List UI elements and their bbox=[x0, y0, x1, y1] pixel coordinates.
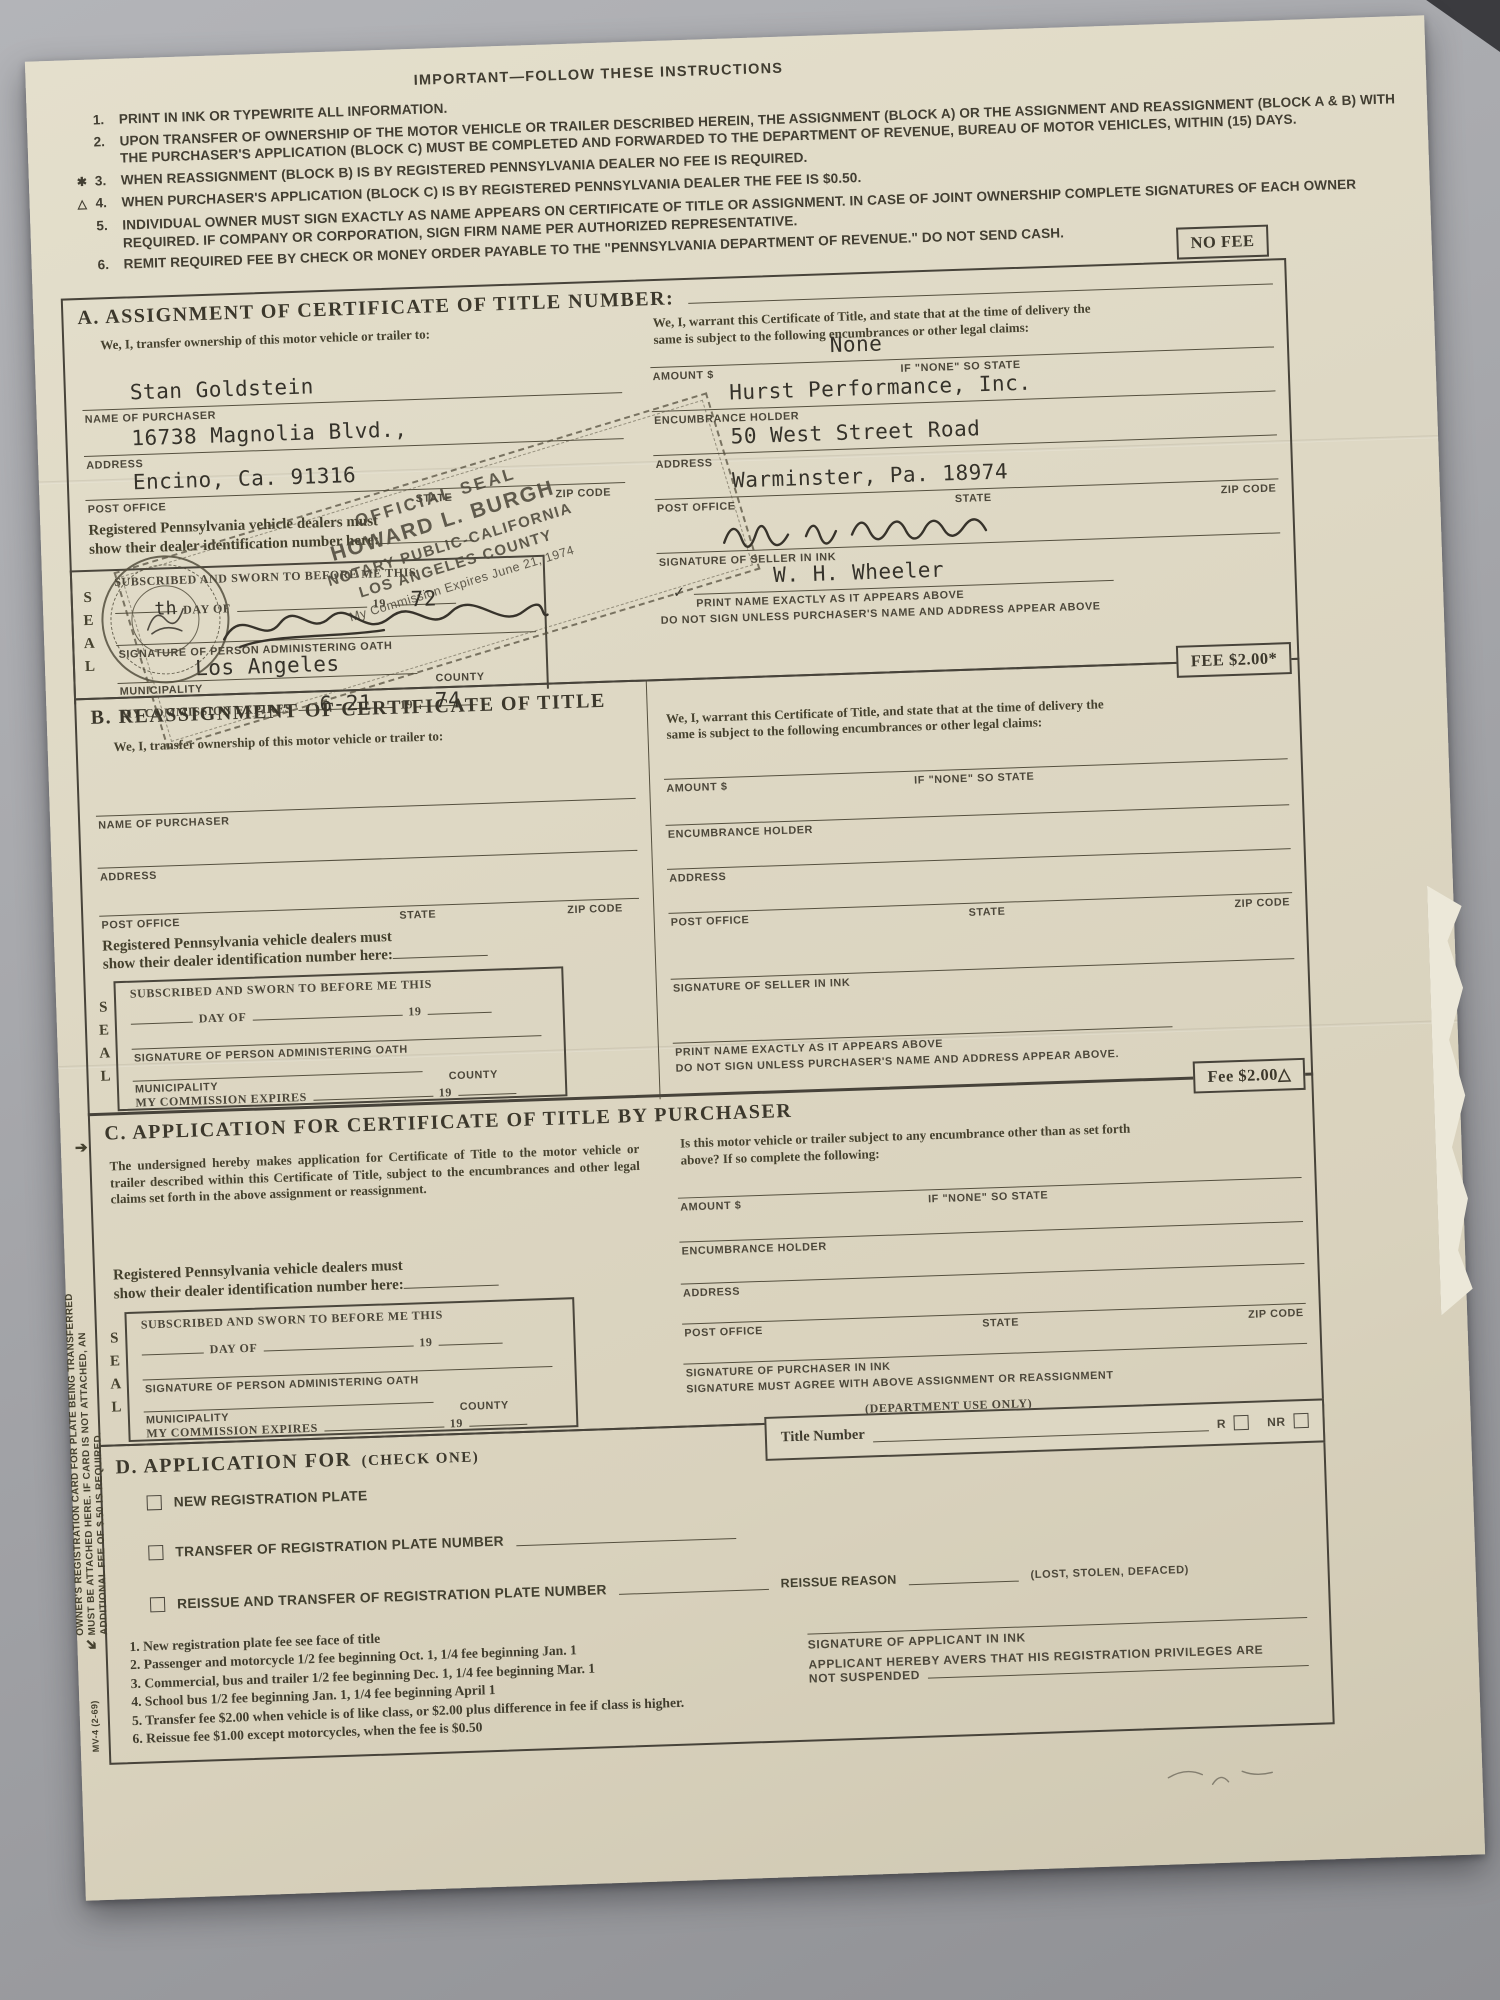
day-field-b bbox=[130, 1010, 192, 1024]
encumbrance-holder-label-c: ENCUMBRANCE HOLDER bbox=[682, 1241, 827, 1258]
reissue-checkbox bbox=[150, 1597, 165, 1612]
purchaser-name-field-b bbox=[96, 797, 636, 816]
applicant-signature-block: SIGNATURE OF APPLICANT IN INK APPLICANT … bbox=[807, 1617, 1308, 1686]
transfer-plate-number-field bbox=[516, 1527, 736, 1546]
day-of-row-b: DAY OF 19 bbox=[130, 998, 550, 1028]
encumbrance-holder-label-b: ENCUMBRANCE HOLDER bbox=[668, 824, 813, 841]
section-b-right: We, I, warrant this Certificate of Title… bbox=[662, 690, 1290, 711]
zip-code-label-b: ZIP CODE bbox=[567, 902, 623, 916]
enc-state-label-c: STATE bbox=[982, 1317, 1019, 1330]
purchaser-name-value: Stan Goldstein bbox=[130, 374, 315, 404]
notary-signature bbox=[213, 585, 555, 656]
form-body: A. ASSIGNMENT OF CERTIFICATE OF TITLE NU… bbox=[61, 258, 1335, 1765]
section-d-title: D. APPLICATION FOR bbox=[115, 1448, 352, 1479]
enc-address-field-c bbox=[681, 1263, 1305, 1285]
reissue-plate-number-field bbox=[619, 1578, 769, 1595]
month-field-b bbox=[252, 1003, 402, 1020]
amount-label-b: AMOUNT $ bbox=[666, 780, 728, 794]
instruction-number: 6. bbox=[97, 256, 124, 274]
subscribed-label-c: SUBSCRIBED AND SWORN TO BEFORE ME THIS bbox=[141, 1308, 444, 1333]
instruction-number: 5. bbox=[96, 217, 123, 253]
new-plate-checkbox bbox=[146, 1495, 161, 1510]
seller-signature-label-b: SIGNATURE OF SELLER IN INK bbox=[673, 976, 851, 994]
enc-address-label-b: ADDRESS bbox=[669, 871, 726, 885]
section-d-title-suffix: (CHECK ONE) bbox=[361, 1449, 479, 1470]
avers-line-2: NOT SUSPENDED bbox=[809, 1668, 921, 1686]
sidebar-arrow-down-icon: ➔ bbox=[81, 1634, 102, 1656]
title-number-label: Title Number bbox=[781, 1427, 865, 1447]
dealer-note-b: Registered Pennsylvania vehicle dealers … bbox=[102, 923, 533, 974]
if-none-label-c: IF "NONE" SO STATE bbox=[928, 1190, 1049, 1206]
post-office-field-b bbox=[99, 897, 639, 916]
purchaser-name-label-b: NAME OF PURCHASER bbox=[98, 815, 230, 831]
form-paper: IMPORTANT—FOLLOW THESE INSTRUCTIONS 1. P… bbox=[25, 15, 1485, 1900]
nineteen-label-b2: 19 bbox=[439, 1085, 453, 1100]
fee-notes: 1. New registration plate fee see face o… bbox=[129, 1617, 772, 1749]
notary-box-c: SEAL SUBSCRIBED AND SWORN TO BEFORE ME T… bbox=[124, 1297, 578, 1442]
instruction-number: 4. bbox=[95, 194, 122, 213]
section-b: B. REASSIGNMENT OF CERTIFICATE OF TITLE … bbox=[74, 657, 1313, 1115]
amount-value: None bbox=[829, 331, 882, 357]
county-label-b: COUNTY bbox=[449, 1068, 499, 1082]
nineteen-label-b: 19 bbox=[408, 1004, 422, 1019]
instruction-marker: ✱ bbox=[77, 172, 96, 191]
photo-of-title-form: { "colors": { "background": "#a6a7ab", "… bbox=[0, 0, 1500, 2000]
section-c-left: The undersigned hereby makes application… bbox=[107, 1141, 652, 1159]
enc-post-office-label-b: POST OFFICE bbox=[671, 914, 750, 929]
dealer-id-field-b bbox=[393, 944, 488, 959]
day-of-row-c: DAY OF 19 bbox=[141, 1330, 561, 1360]
instruction-number: 3. bbox=[95, 171, 122, 190]
day-of-label-b: DAY OF bbox=[198, 1010, 246, 1027]
encumbrance-question: Is this motor vehicle or trailer subject… bbox=[680, 1121, 1141, 1169]
fee-box-b: Fee $2.00△ bbox=[1193, 1057, 1306, 1093]
pen-smudge bbox=[1162, 1756, 1283, 1800]
title-number-field bbox=[688, 268, 1273, 303]
seller-signature-field-b bbox=[671, 958, 1295, 980]
seal-vertical-label: SEAL bbox=[78, 590, 98, 683]
nineteen-label-c: 19 bbox=[419, 1335, 433, 1350]
sidebar-arrow-icon: ➔ bbox=[75, 1138, 88, 1156]
enc-post-office-label-c: POST OFFICE bbox=[684, 1325, 763, 1340]
transfer-intro: We, I, transfer ownership of this motor … bbox=[100, 326, 430, 353]
commission-date-field-b bbox=[313, 1084, 433, 1100]
encumbrance-holder-field-b bbox=[666, 804, 1290, 826]
county-label: COUNTY bbox=[435, 671, 485, 685]
address-label-b: ADDRESS bbox=[100, 869, 157, 883]
commission-date-field-c bbox=[324, 1416, 444, 1432]
title-number-field bbox=[873, 1417, 1210, 1442]
instruction-number: 1. bbox=[93, 111, 120, 129]
section-a-title: A. ASSIGNMENT OF CERTIFICATE OF TITLE NU… bbox=[77, 287, 675, 330]
new-plate-label: NEW REGISTRATION PLATE bbox=[173, 1488, 367, 1509]
municipality-field-c bbox=[144, 1402, 434, 1413]
year-field-c bbox=[438, 1332, 502, 1346]
section-d-header: D. APPLICATION FOR (CHECK ONE) bbox=[115, 1444, 479, 1479]
day-field-c bbox=[141, 1342, 203, 1356]
reissue-reason-label: REISSUE REASON bbox=[780, 1573, 896, 1591]
option-row-2: TRANSFER OF REGISTRATION PLATE NUMBER bbox=[148, 1520, 908, 1560]
transfer-plate-label: TRANSFER OF REGISTRATION PLATE NUMBER bbox=[175, 1533, 504, 1559]
enc-zip-label: ZIP CODE bbox=[1221, 482, 1277, 496]
dealer-id-field-c bbox=[404, 1273, 499, 1288]
nineteen-label-c2: 19 bbox=[450, 1416, 464, 1431]
address-field-b bbox=[98, 849, 638, 868]
enc-zip-label-c: ZIP CODE bbox=[1248, 1307, 1304, 1321]
r-checkbox bbox=[1234, 1415, 1249, 1430]
transfer-plate-checkbox bbox=[148, 1545, 163, 1560]
commission-year-field-c bbox=[469, 1413, 527, 1427]
notary-box-b: SEAL SUBSCRIBED AND SWORN TO BEFORE ME T… bbox=[113, 966, 567, 1111]
seal-vertical-label-c: SEAL bbox=[105, 1330, 125, 1423]
amount-label: AMOUNT $ bbox=[652, 369, 714, 383]
enc-zip-label-b: ZIP CODE bbox=[1234, 896, 1290, 910]
post-office-value: Encino, Ca. 91316 bbox=[132, 463, 356, 494]
print-name-value: W. H. Wheeler bbox=[773, 558, 945, 588]
option-row-3: REISSUE AND TRANSFER OF REGISTRATION PLA… bbox=[150, 1559, 1310, 1612]
reissue-note: (LOST, STOLEN, DEFACED) bbox=[1030, 1564, 1189, 1581]
fee-box-a: FEE $2.00* bbox=[1176, 642, 1292, 678]
enc-address-label-c: ADDRESS bbox=[683, 1286, 740, 1300]
amount-label-c: AMOUNT $ bbox=[680, 1200, 742, 1214]
instruction-marker bbox=[78, 217, 97, 253]
section-a: A. ASSIGNMENT OF CERTIFICATE OF TITLE NU… bbox=[61, 258, 1300, 700]
torn-edge bbox=[1427, 885, 1475, 1316]
instruction-marker bbox=[79, 257, 98, 275]
instruction-number: 2. bbox=[93, 132, 120, 168]
state-label-b: STATE bbox=[399, 908, 436, 921]
instruction-marker bbox=[75, 133, 94, 169]
r-label: R bbox=[1217, 1416, 1227, 1430]
reissue-reason-field bbox=[908, 1570, 1018, 1586]
form-number: MV-4 (2-69) bbox=[89, 1700, 101, 1752]
option-row-1: NEW REGISTRATION PLATE bbox=[146, 1488, 367, 1510]
nr-label: NR bbox=[1267, 1414, 1286, 1429]
year-field-b bbox=[427, 1000, 491, 1014]
nr-checkbox bbox=[1293, 1413, 1308, 1428]
post-office-label-b: POST OFFICE bbox=[101, 917, 180, 932]
enc-state-label-b: STATE bbox=[968, 905, 1005, 918]
enc-address-field-b bbox=[667, 848, 1291, 870]
post-office-label: POST OFFICE bbox=[88, 501, 167, 516]
column-divider-b bbox=[646, 681, 661, 1099]
encumbrance-holder-field-c bbox=[679, 1221, 1303, 1243]
instruction-marker bbox=[75, 111, 94, 129]
subscribed-label-b: SUBSCRIBED AND SWORN TO BEFORE ME THIS bbox=[130, 976, 433, 1001]
warrant-intro-b: We, I, warrant this Certificate of Title… bbox=[666, 696, 1117, 744]
purchaser-signature-label: SIGNATURE OF PURCHASER IN INK bbox=[686, 1361, 891, 1380]
dealer-note-c: Registered Pennsylvania vehicle dealers … bbox=[113, 1252, 544, 1303]
instruction-marker: △ bbox=[77, 195, 96, 214]
commission-year-field-b bbox=[458, 1082, 516, 1096]
if-none-label-b: IF "NONE" SO STATE bbox=[914, 770, 1035, 786]
purchaser-signature-field bbox=[683, 1343, 1307, 1365]
reissue-label: REISSUE AND TRANSFER OF REGISTRATION PLA… bbox=[177, 1582, 607, 1611]
month-field-c bbox=[263, 1335, 413, 1352]
no-fee-box: NO FEE bbox=[1176, 225, 1269, 260]
county-label-c: COUNTY bbox=[460, 1400, 510, 1414]
section-d: D. APPLICATION FOR (CHECK ONE) Title Num… bbox=[99, 1404, 1335, 1764]
application-intro: The undersigned hereby makes application… bbox=[109, 1141, 640, 1208]
day-of-label-c: DAY OF bbox=[209, 1341, 257, 1358]
seal-vertical-label-b: SEAL bbox=[94, 999, 114, 1092]
section-c: C. APPLICATION FOR CERTIFICATE OF TITLE … bbox=[88, 1073, 1324, 1447]
enc-post-office-value: Warminster, Pa. 18974 bbox=[732, 459, 1009, 492]
municipality-field-b bbox=[133, 1071, 423, 1082]
